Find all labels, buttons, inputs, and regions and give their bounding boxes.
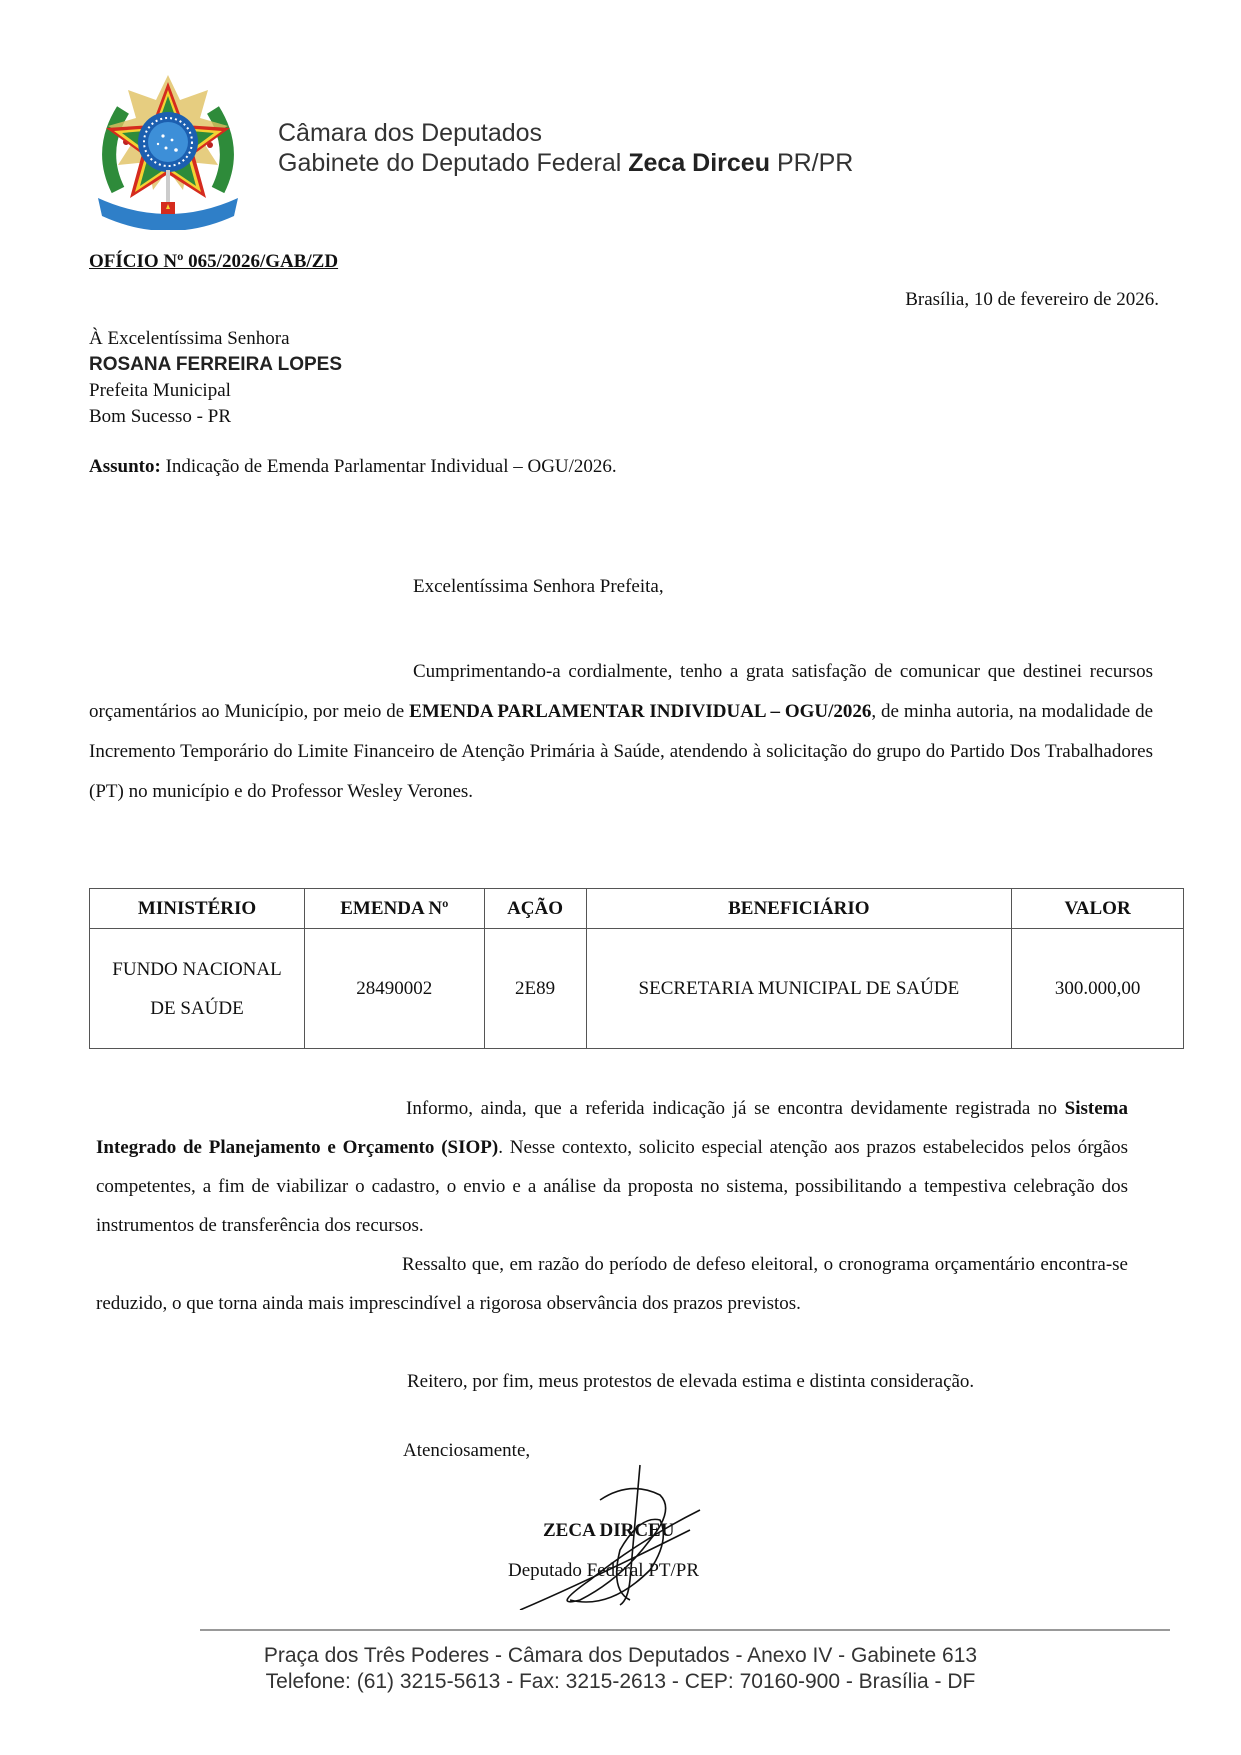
signer-name: ZECA DIRCEU [543, 1520, 674, 1542]
signer-role: Deputado Federal PT/PR [508, 1560, 699, 1582]
paragraph-defeso: Ressalto que, em razão do período de def… [96, 1245, 1128, 1323]
paragraph-reiteration: Reitero, por fim, meus protestos de elev… [407, 1362, 974, 1402]
place-date: Brasília, 10 de fevereiro de 2026. [905, 289, 1159, 311]
reference-number: OFÍCIO Nº 065/2026/GAB/ZD [89, 251, 338, 273]
emenda-table: MINISTÉRIO EMENDA Nº AÇÃO BENEFICIÁRIO V… [89, 888, 1184, 1049]
recipient-salutation: À Excelentíssima Senhora [89, 326, 342, 352]
footer-divider [200, 1629, 1170, 1631]
header-ministerio: MINISTÉRIO [90, 889, 305, 929]
recipient-block: À Excelentíssima Senhora ROSANA FERREIRA… [89, 326, 342, 430]
emenda-highlight: EMENDA PARLAMENTAR INDIVIDUAL – OGU/2026 [409, 701, 871, 722]
office-name: Gabinete do Deputado Federal Zeca Dirceu… [278, 148, 853, 178]
recipient-role: Prefeita Municipal [89, 378, 342, 404]
coat-of-arms-icon [88, 70, 248, 230]
closing: Atenciosamente, [403, 1440, 530, 1462]
paragraph-intro: Cumprimentando-a cordialmente, tenho a g… [89, 652, 1153, 812]
cell-emenda: 28490002 [305, 929, 485, 1049]
chamber-name: Câmara dos Deputados [278, 118, 853, 148]
cell-acao: 2E89 [484, 929, 586, 1049]
header-acao: AÇÃO [484, 889, 586, 929]
header-valor: VALOR [1012, 889, 1184, 929]
recipient-name: ROSANA FERREIRA LOPES [89, 352, 342, 378]
letterhead: Câmara dos Deputados Gabinete do Deputad… [88, 70, 1088, 230]
subject-line: Assunto: Indicação de Emenda Parlamentar… [89, 456, 617, 478]
cell-beneficiario: SECRETARIA MUNICIPAL DE SAÚDE [586, 929, 1012, 1049]
cell-ministerio: FUNDO NACIONAL DE SAÚDE [90, 929, 305, 1049]
paragraph-siop: Informo, ainda, que a referida indicação… [96, 1089, 1128, 1245]
table-header-row: MINISTÉRIO EMENDA Nº AÇÃO BENEFICIÁRIO V… [90, 889, 1184, 929]
footer-address: Praça dos Três Poderes - Câmara dos Depu… [0, 1643, 1241, 1669]
subject-label: Assunto: [89, 456, 161, 477]
header-emenda: EMENDA Nº [305, 889, 485, 929]
deputy-name: Zeca Dirceu [628, 149, 770, 177]
footer: Praça dos Três Poderes - Câmara dos Depu… [0, 1643, 1241, 1695]
recipient-location: Bom Sucesso - PR [89, 404, 342, 430]
cell-valor: 300.000,00 [1012, 929, 1184, 1049]
greeting: Excelentíssima Senhora Prefeita, [413, 576, 664, 598]
footer-contact: Telefone: (61) 3215-5613 - Fax: 3215-261… [0, 1669, 1241, 1695]
header-beneficiario: BENEFICIÁRIO [586, 889, 1012, 929]
organization-name: Câmara dos Deputados Gabinete do Deputad… [278, 118, 853, 178]
table-row: FUNDO NACIONAL DE SAÚDE 28490002 2E89 SE… [90, 929, 1184, 1049]
subject-text: Indicação de Emenda Parlamentar Individu… [161, 456, 617, 477]
